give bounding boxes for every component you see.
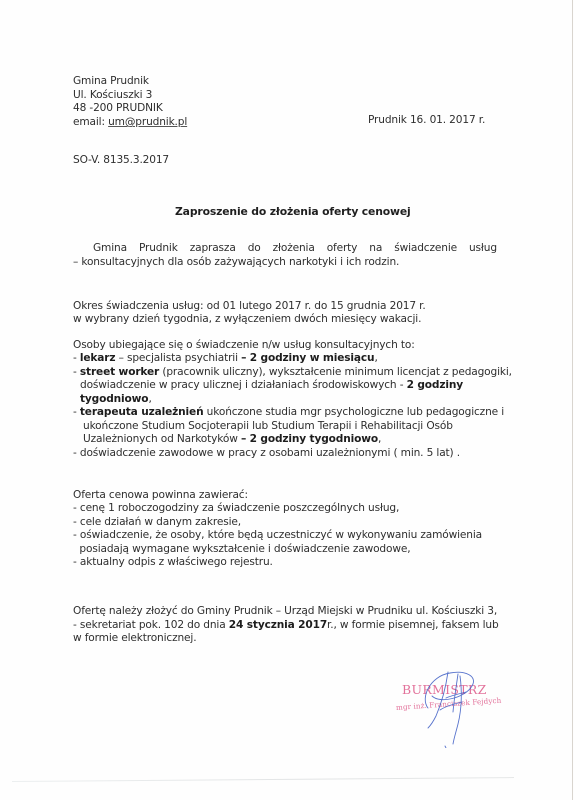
intro-word: oferty: [327, 242, 358, 255]
period-line-1: Okres świadczenia usług: od 01 lutego 20…: [73, 300, 426, 313]
hours-street-worker-a: 2 godziny: [407, 379, 463, 391]
sender-postal: 48 -200 PRUDNIK: [73, 102, 163, 115]
document-title: Zaproszenie do złożenia oferty cenowej: [175, 205, 411, 218]
submission-deadline: 24 stycznia 2017: [229, 619, 327, 631]
intro-word: świadczenie: [394, 242, 457, 255]
offer-contents-item: - oświadczenie, że osoby, które będą ucz…: [73, 529, 482, 542]
tail: ,: [378, 433, 381, 445]
bullet: -: [73, 352, 80, 364]
email-label: email:: [73, 116, 108, 128]
submission-line-1: Ofertę należy złożyć do Gminy Prudnik – …: [73, 605, 497, 618]
intro-word: Gmina: [93, 242, 127, 255]
page-edge: [572, 0, 573, 800]
requirements-intro: Osoby ubiegające się o świadczenie n/w u…: [73, 339, 415, 352]
handwritten-signature-icon: [350, 668, 550, 748]
reference-number: SO-V. 8135.3.2017: [73, 154, 169, 167]
desc: doświadczenie w pracy ulicznej i działan…: [80, 379, 407, 391]
intro-word: do: [248, 242, 261, 255]
requirement-therapist-cont: ukończone Studium Socjoterapii lub Studi…: [83, 420, 453, 433]
document-date: Prudnik 16. 01. 2017 r.: [368, 114, 485, 127]
requirement-doctor: - lekarz – specjalista psychiatrii – 2 g…: [73, 352, 378, 365]
bullet: -: [73, 366, 80, 378]
requirement-therapist-cont-2: Uzależnionych od Narkotyków – 2 godziny …: [83, 433, 381, 446]
text: - sekretariat pok. 102 do dnia: [73, 619, 229, 631]
offer-contents-item: - cele działań w danym zakresie,: [73, 516, 241, 529]
hours-therapist: – 2 godziny tygodniowo: [241, 433, 378, 445]
offer-contents-item: posiadają wymagane wykształcenie i doświ…: [73, 543, 410, 556]
requirement-street-worker: - street worker (pracownik uliczny), wyk…: [73, 366, 512, 379]
intro-line-1: GminaPrudnikzapraszadozłożeniaofertynaśw…: [73, 242, 497, 255]
requirement-street-worker-cont-2: tygodniowo,: [80, 393, 152, 406]
intro-word: Prudnik: [139, 242, 178, 255]
text: r., w formie pisemnej, faksem lub: [327, 619, 499, 631]
requirement-street-worker-cont: doświadczenie w pracy ulicznej i działan…: [80, 379, 463, 392]
offer-contents-item: - cenę 1 roboczogodziny za świadczenie p…: [73, 502, 399, 515]
sender-email-line: email: um@prudnik.pl: [73, 116, 187, 129]
role-street-worker: street worker: [80, 366, 159, 378]
hours-doctor: – 2 godziny w miesiącu: [241, 352, 374, 364]
intro-word: złożenia: [273, 242, 315, 255]
sender-street: Ul. Kościuszki 3: [73, 89, 152, 102]
document-page: Gmina Prudnik Ul. Kościuszki 3 48 -200 P…: [0, 0, 574, 800]
submission-line-2: - sekretariat pok. 102 do dnia 24 styczn…: [73, 619, 499, 632]
hours-street-worker-b: tygodniowo: [80, 393, 148, 405]
offer-contents-intro: Oferta cenowa powinna zawierać:: [73, 489, 248, 502]
period-line-2: w wybrany dzień tygodnia, z wyłączeniem …: [73, 313, 421, 326]
intro-word: zaprasza: [190, 242, 236, 255]
intro-line-2: – konsultacyjnych dla osób zażywających …: [73, 256, 399, 269]
role-therapist: terapeuta uzależnień: [80, 406, 204, 418]
signature-block: BURMISTRZ mgr inż. Franciszek Fejdych: [350, 668, 550, 748]
intro-word: usług: [469, 242, 497, 255]
sender-name: Gmina Prudnik: [73, 75, 149, 88]
offer-contents-item: - aktualny odpis z właściwego rejestru.: [73, 556, 273, 569]
desc: – specjalista psychiatrii: [115, 352, 241, 364]
intro-word: na: [369, 242, 382, 255]
bullet: -: [73, 406, 80, 418]
desc: Uzależnionych od Narkotyków: [83, 433, 241, 445]
desc: ukończone studia mgr psychologiczne lub …: [203, 406, 504, 418]
desc: (pracownik uliczny), wykształcenie minim…: [159, 366, 512, 378]
intro-words: GminaPrudnikzapraszadozłożeniaofertynaśw…: [93, 242, 497, 255]
tail: ,: [148, 393, 151, 405]
scan-artifact-line: [12, 777, 514, 782]
requirement-experience: - doświadczenie zawodowe w pracy z osoba…: [73, 447, 460, 460]
requirement-therapist: - terapeuta uzależnień ukończone studia …: [73, 406, 504, 419]
email-link[interactable]: um@prudnik.pl: [108, 116, 187, 128]
tail: ,: [374, 352, 377, 364]
submission-line-3: w formie elektronicznej.: [73, 632, 196, 645]
role-doctor: lekarz: [80, 352, 116, 364]
